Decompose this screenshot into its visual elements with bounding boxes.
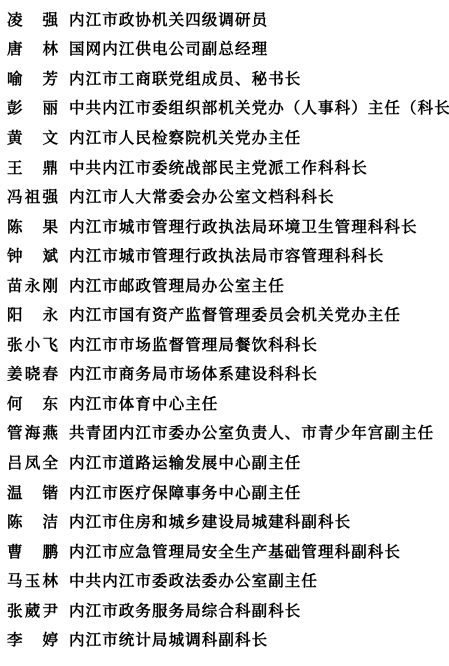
person-name: 彭丽	[7, 96, 58, 118]
roster-row: 黄文 内江市人民检察院机关党办主任	[0, 122, 449, 152]
person-title: 内江市体育中心主任	[69, 392, 218, 414]
person-name: 马玉林	[7, 569, 58, 591]
person-title: 内江市市场监督管理局餐饮科科长	[69, 333, 318, 355]
person-name: 王鼎	[7, 156, 58, 178]
person-name: 张小飞	[7, 333, 58, 355]
person-title: 内江市应急管理局安全生产基础管理科副科长	[69, 540, 401, 562]
person-title: 内江市城市管理行政执法局环境卫生管理科科长	[69, 215, 418, 237]
roster-row: 唐林 国网内江供电公司副总经理	[0, 34, 449, 64]
person-name: 何东	[7, 392, 58, 414]
person-title: 内江市城市管理行政执法局市容管理科科长	[69, 244, 384, 266]
roster-row: 温锴 内江市医疗保障事务中心副主任	[0, 477, 449, 507]
person-title: 内江市医疗保障事务中心副主任	[69, 481, 301, 503]
roster-row: 姜晓春 内江市商务局市场体系建设科科长	[0, 359, 449, 389]
person-name: 唐林	[7, 37, 58, 59]
person-name: 苗永刚	[7, 274, 58, 296]
roster-row: 喻芳 内江市工商联党组成员、秘书长	[0, 63, 449, 93]
person-title: 内江市道路运输发展中心副主任	[69, 451, 301, 473]
person-name: 凌强	[7, 8, 58, 30]
person-name: 冯祖强	[7, 185, 58, 207]
person-name: 姜晓春	[7, 362, 58, 384]
roster-row: 曹鹏 内江市应急管理局安全生产基础管理科副科长	[0, 536, 449, 566]
roster-row: 吕凤全 内江市道路运输发展中心副主任	[0, 447, 449, 477]
person-title: 内江市国有资产监督管理委员会机关党办主任	[69, 303, 401, 325]
roster-row: 冯祖强 内江市人大常委会办公室文档科科长	[0, 181, 449, 211]
roster-row: 彭丽 中共内江市委组织部机关党办（人事科）主任（科长）	[0, 93, 449, 123]
person-title: 内江市政务服务局综合科副科长	[69, 599, 301, 621]
person-title: 内江市商务局市场体系建设科科长	[69, 362, 318, 384]
person-title: 中共内江市委组织部机关党办（人事科）主任（科长）	[69, 96, 449, 118]
person-name: 管海燕	[7, 421, 58, 443]
person-title: 内江市统计局城调科副科长	[69, 628, 268, 650]
roster-row: 马玉林 中共内江市委政法委办公室副主任	[0, 565, 449, 595]
person-title: 国网内江供电公司副总经理	[69, 37, 268, 59]
person-name: 曹鹏	[7, 540, 58, 562]
person-title: 共青团内江市委办公室负责人、市青少年宫副主任	[69, 421, 434, 443]
person-name: 喻芳	[7, 67, 58, 89]
person-name: 钟斌	[7, 244, 58, 266]
person-name: 李婷	[7, 628, 58, 650]
roster-row: 张小飞 内江市市场监督管理局餐饮科科长	[0, 329, 449, 359]
person-title: 内江市住房和城乡建设局城建科副科长	[69, 510, 351, 532]
roster-row: 何东 内江市体育中心主任	[0, 388, 449, 418]
roster-row: 阳永 内江市国有资产监督管理委员会机关党办主任	[0, 299, 449, 329]
person-title: 内江市邮政管理局办公室主任	[69, 274, 285, 296]
person-name: 黄文	[7, 126, 58, 148]
roster-row: 张葳尹 内江市政务服务局综合科副科长	[0, 595, 449, 625]
roster-row: 王鼎 中共内江市委统战部民主党派工作科科长	[0, 152, 449, 182]
roster-list: 凌强 内江市政协机关四级调研员 唐林 国网内江供电公司副总经理 喻芳 内江市工商…	[0, 0, 449, 654]
person-name: 阳永	[7, 303, 58, 325]
roster-row: 苗永刚 内江市邮政管理局办公室主任	[0, 270, 449, 300]
person-name: 温锴	[7, 481, 58, 503]
person-title: 中共内江市委统战部民主党派工作科科长	[69, 156, 368, 178]
person-name: 陈果	[7, 215, 58, 237]
person-title: 内江市政协机关四级调研员	[69, 8, 268, 30]
roster-row: 凌强 内江市政协机关四级调研员	[0, 4, 449, 34]
person-name: 吕凤全	[7, 451, 58, 473]
person-title: 中共内江市委政法委办公室副主任	[69, 569, 318, 591]
person-title: 内江市人民检察院机关党办主任	[69, 126, 301, 148]
person-name: 陈洁	[7, 510, 58, 532]
roster-row: 李婷 内江市统计局城调科副科长	[0, 624, 449, 654]
roster-row: 钟斌 内江市城市管理行政执法局市容管理科科长	[0, 240, 449, 270]
roster-row: 管海燕 共青团内江市委办公室负责人、市青少年宫副主任	[0, 418, 449, 448]
person-title: 内江市工商联党组成员、秘书长	[69, 67, 301, 89]
roster-row: 陈洁 内江市住房和城乡建设局城建科副科长	[0, 506, 449, 536]
person-name: 张葳尹	[7, 599, 58, 621]
person-title: 内江市人大常委会办公室文档科科长	[69, 185, 335, 207]
roster-row: 陈果 内江市城市管理行政执法局环境卫生管理科科长	[0, 211, 449, 241]
